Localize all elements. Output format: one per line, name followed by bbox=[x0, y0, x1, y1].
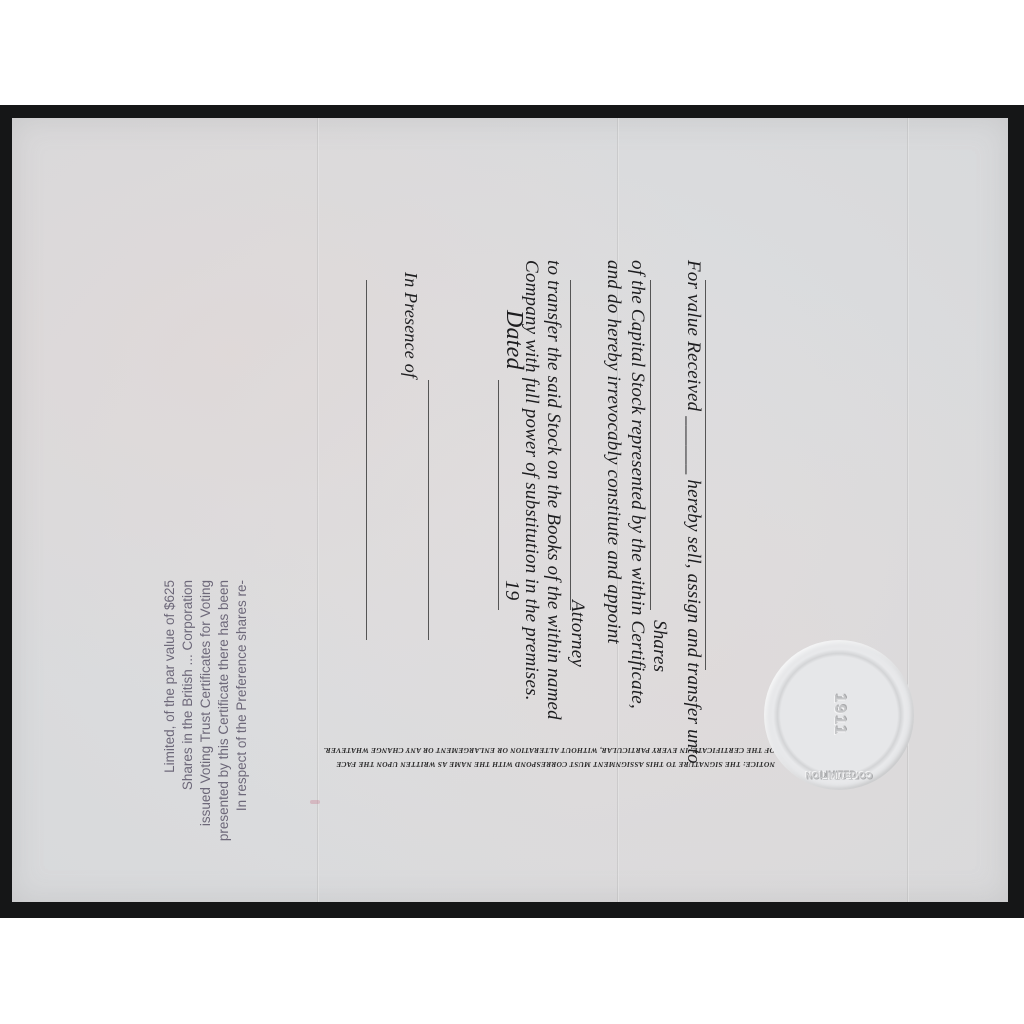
assignment-line-1: For value Received ______ hereby sell, a… bbox=[682, 260, 704, 660]
blank-line-assignee bbox=[705, 280, 706, 670]
stamp-line-2: presented by this Certificate there has … bbox=[216, 580, 231, 841]
blank-line-signature bbox=[366, 280, 367, 640]
notice-line-2: OF THE CERTIFICATE, IN EVERY PARTICULAR,… bbox=[320, 743, 775, 757]
signature-notice: NOTICE: THE SIGNATURE TO THIS ASSIGNMENT… bbox=[320, 735, 775, 771]
assignment-form: For value Received ______ hereby sell, a… bbox=[330, 250, 870, 650]
assignment-line-6: to transfer the said Stock on the Books … bbox=[542, 260, 564, 660]
attorney-label: Attorney bbox=[566, 600, 588, 1000]
stamp-line-5: Limited, of the par value of $625 bbox=[162, 580, 177, 773]
assignment-line-3: of the Capital Stock represented by the … bbox=[626, 260, 648, 660]
stamp-line-4: Shares in the British ... Corporation bbox=[180, 580, 195, 790]
shares-label: Shares bbox=[648, 620, 670, 1020]
blank-line-witness bbox=[428, 380, 429, 640]
notice-line-1: NOTICE: THE SIGNATURE TO THIS ASSIGNMENT… bbox=[320, 757, 775, 771]
voting-trust-stamp: In respect of the Preference shares re- … bbox=[150, 580, 300, 830]
year-prefix: 19 bbox=[500, 580, 523, 980]
stamp-line-3: issued Voting Trust Certificates for Vot… bbox=[198, 580, 213, 826]
seal-bottom-text: LIMITED bbox=[764, 770, 914, 780]
blank-line-shares bbox=[650, 280, 651, 610]
seal-center-text: 1911 bbox=[764, 640, 914, 790]
presence-label: In Presence of bbox=[400, 272, 421, 672]
stamp-line-1: In respect of the Preference shares re- bbox=[234, 580, 249, 811]
assignment-line-4: and do hereby irrevocably constitute and… bbox=[602, 260, 624, 660]
embossed-corporate-seal: CORPORATION 1911 LIMITED bbox=[764, 640, 914, 790]
blank-line-date bbox=[498, 380, 499, 610]
blank-line-attorney bbox=[570, 280, 571, 610]
fold-line bbox=[317, 118, 319, 902]
ink-smudge bbox=[310, 800, 320, 804]
